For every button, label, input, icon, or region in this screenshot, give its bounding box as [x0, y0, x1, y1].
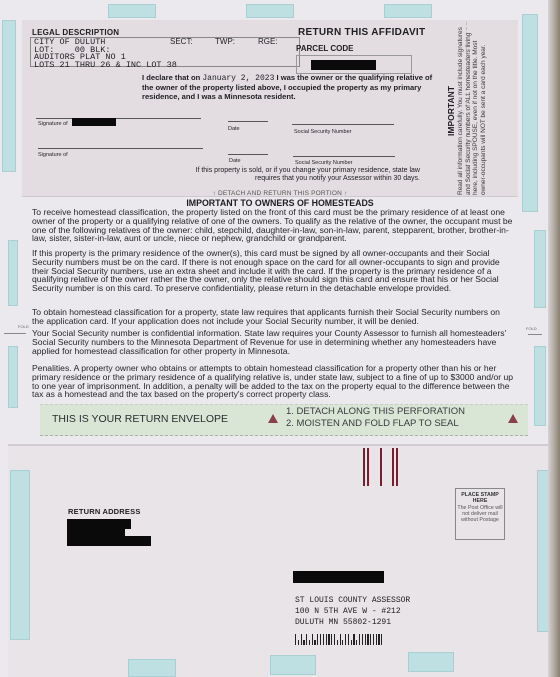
- signature-label: Signature of: [38, 121, 68, 127]
- fold-label-right: FOLD: [526, 326, 537, 331]
- perforation-tab: [270, 655, 316, 675]
- fold-mark-right: [528, 334, 542, 335]
- info-paragraph: Your Social Security number is confident…: [32, 329, 514, 355]
- perforation-tab: [108, 4, 156, 18]
- sale-notice: If this property is sold, or if you chan…: [190, 167, 420, 183]
- declaration-date: January 2, 2023: [202, 74, 274, 83]
- envelope-steps: 1. DETACH ALONG THIS PERFORATION 2. MOIS…: [286, 406, 465, 429]
- barcode-bar: [301, 634, 302, 645]
- barcode-bar: [351, 640, 352, 645]
- place-stamp-box: PLACE STAMP HERE The Post Office will no…: [455, 488, 505, 540]
- declaration-text: I declare that on January 2, 2023 I was …: [142, 73, 442, 101]
- important-sidebar-title: IMPORTANT: [448, 27, 455, 195]
- barcode-bar: [342, 640, 343, 645]
- barcode-bar: [359, 634, 360, 645]
- barcode-bar: [367, 634, 368, 645]
- date-label: Date: [228, 126, 240, 132]
- info-paragraph: Penalities. A property owner who obtains…: [32, 364, 514, 399]
- perforation-tab: [128, 659, 176, 677]
- info-paragraph: To obtain homestead classification for a…: [32, 308, 514, 326]
- important-sidebar: IMPORTANT Read all information carefully…: [444, 25, 516, 190]
- barcode-bar: [298, 640, 299, 645]
- barcode-bar: [306, 634, 307, 645]
- table-edge: [548, 0, 560, 677]
- declaration-prefix: I declare that on: [142, 73, 200, 82]
- parcel-code-label: PARCEL CODE: [296, 44, 354, 53]
- recipient-redaction: [293, 571, 384, 583]
- barcode-bar: [303, 640, 304, 645]
- return-address-redaction: [67, 528, 125, 546]
- info-paragraph: If this property is the primary residenc…: [32, 249, 514, 293]
- fim-bar: [396, 448, 398, 486]
- fim-bar: [367, 448, 369, 486]
- stamp-box-title: PLACE STAMP HERE: [456, 492, 504, 505]
- signature-line: [36, 118, 201, 119]
- postal-barcode: [295, 634, 382, 645]
- barcode-bar: [328, 634, 329, 645]
- barcode-bar: [365, 634, 366, 645]
- recipient-line: ST LOUIS COUNTY ASSESSOR: [295, 595, 410, 606]
- side-tab: [522, 14, 538, 212]
- side-tab: [534, 230, 546, 308]
- barcode-bar: [331, 634, 332, 645]
- barcode-bar: [378, 634, 379, 645]
- legal-line: LOTS 21 THRU 26 & INC LOT 38: [34, 62, 296, 70]
- return-address-redaction: [125, 536, 151, 546]
- barcode-bar: [309, 640, 310, 645]
- stamp-box-text: The Post Office will not deliver mail wi…: [456, 505, 504, 524]
- side-tab: [10, 470, 30, 640]
- signature-label: Signature of: [38, 152, 68, 158]
- side-tab: [8, 346, 18, 408]
- fold-mark-left: [4, 333, 26, 334]
- parcel-code-redaction: [311, 60, 376, 70]
- fim-bar: [392, 448, 394, 486]
- ssn-line: [293, 156, 395, 157]
- info-paragraph: To receive homestead classification, the…: [32, 208, 514, 243]
- fim-bar: [380, 448, 382, 486]
- sect-label: SECT:: [170, 37, 193, 46]
- fold-label-left: FOLD: [18, 324, 29, 329]
- date-line: [228, 154, 268, 155]
- date-label: Date: [229, 158, 241, 164]
- barcode-bar: [376, 634, 377, 645]
- homestead-card-sheet: LEGAL DESCRIPTION CITY OF DULUTH LOT: 00…: [0, 0, 548, 677]
- ssn-label: Social Security Number: [294, 129, 351, 135]
- signature-line: [38, 148, 203, 149]
- signer-name-redaction: [72, 118, 116, 126]
- envelope-step: 1. DETACH ALONG THIS PERFORATION: [286, 406, 465, 418]
- recipient-line: 100 N 5TH AVE W - #212: [295, 606, 410, 617]
- twp-label: TWP:: [215, 37, 235, 46]
- return-envelope: [8, 444, 548, 677]
- triangle-marker-icon: [268, 414, 278, 423]
- barcode-bar: [348, 634, 349, 645]
- barcode-bar: [340, 634, 341, 645]
- fim-bar: [363, 448, 365, 486]
- barcode-bar: [314, 640, 315, 645]
- return-address-label: RETURN ADDRESS: [68, 507, 141, 516]
- ssn-line: [292, 124, 394, 125]
- important-sidebar-text: Read all information carefully. You must…: [457, 27, 487, 195]
- recipient-address: ST LOUIS COUNTY ASSESSOR 100 N 5TH AVE W…: [295, 595, 410, 628]
- barcode-bar: [312, 634, 313, 645]
- barcode-bar: [320, 634, 321, 645]
- legal-description-label: LEGAL DESCRIPTION: [32, 28, 119, 37]
- perforation-tab: [246, 4, 294, 18]
- barcode-bar: [323, 634, 324, 645]
- side-tab: [534, 346, 546, 426]
- barcode-bar: [370, 634, 371, 645]
- date-line: [228, 121, 268, 122]
- barcode-bar: [334, 634, 335, 645]
- barcode-bar: [337, 640, 338, 645]
- barcode-bar: [373, 634, 374, 645]
- side-tab: [8, 240, 18, 306]
- barcode-bar: [362, 634, 363, 645]
- recipient-line: DULUTH MN 55802-1291: [295, 617, 410, 628]
- rge-label: RGE:: [258, 37, 278, 46]
- barcode-bar: [326, 634, 327, 645]
- envelope-step: 2. MOISTEN AND FOLD FLAP TO SEAL: [286, 418, 465, 430]
- barcode-bar: [381, 634, 382, 645]
- return-envelope-title: THIS IS YOUR RETURN ENVELOPE: [52, 413, 228, 425]
- barcode-bar: [356, 640, 357, 645]
- return-affidavit-title: RETURN THIS AFFIDAVIT: [298, 27, 425, 38]
- parcel-code-field: [296, 55, 412, 74]
- side-tab: [2, 20, 16, 172]
- barcode-bar: [295, 634, 296, 645]
- barcode-bar: [317, 634, 318, 645]
- barcode-bar: [345, 634, 346, 645]
- perforation-tab: [408, 652, 454, 672]
- ssn-label: Social Security Number: [295, 160, 352, 166]
- perforation-tab: [384, 4, 432, 18]
- triangle-marker-icon: [508, 414, 518, 423]
- detach-instruction: ↑ DETACH AND RETURN THIS PORTION ↑: [0, 190, 560, 197]
- barcode-bar: [353, 634, 354, 645]
